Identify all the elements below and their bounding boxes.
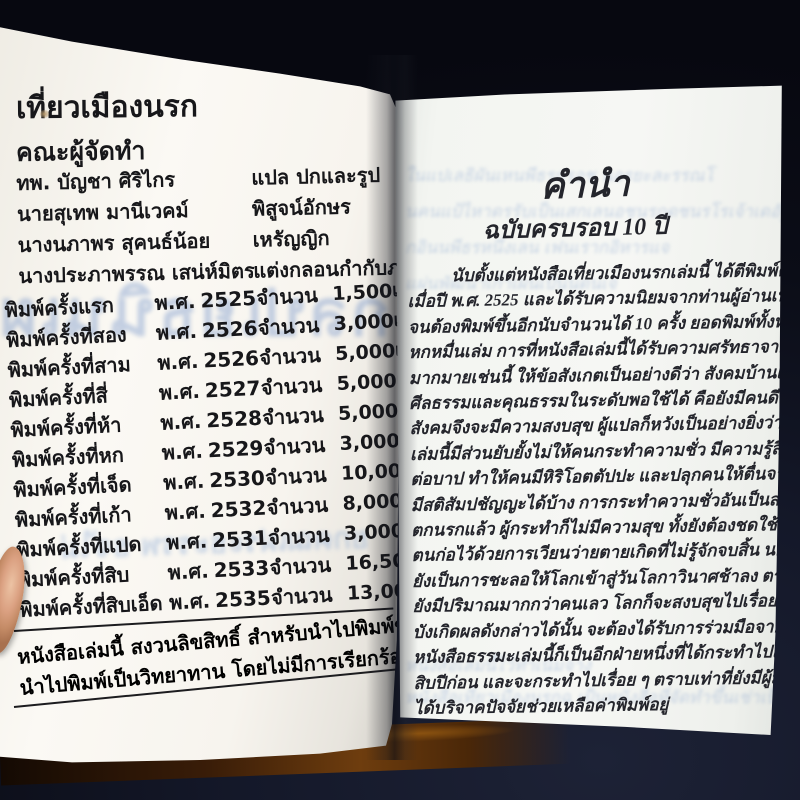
left-page: กลปเยธนินเผง ยกคฌเฝระธะรรพ ธจไม่ เที่ยวเ…: [0, 0, 400, 800]
credit-role: พิสูจน์อักษร: [252, 190, 393, 224]
qty-value: 3,000: [339, 426, 400, 459]
qty-value: 1,500: [332, 276, 393, 309]
era-label: พ.ศ.: [163, 465, 210, 497]
era-label: พ.ศ.: [160, 405, 207, 437]
qty-value: 3,000: [343, 516, 404, 549]
count-label: จำนวน: [270, 579, 347, 613]
count-label: จำนวน: [267, 519, 344, 553]
year-value: 2525: [200, 283, 257, 316]
qty-value: 10,000: [340, 456, 401, 489]
era-label: พ.ศ.: [164, 495, 211, 527]
count-label: จำนวน: [256, 279, 333, 313]
year-value: 2526: [203, 343, 260, 376]
qty-value: 5,000: [337, 396, 398, 429]
printing-history-table: พิมพ์ครั้งแรก พ.ศ. 2525 จำนวน 1,500 เล่ม…: [4, 276, 418, 625]
year-value: 2531: [211, 523, 268, 556]
edition-label: พิมพ์ครั้งที่สิบเอ็ด: [19, 588, 170, 625]
year-value: 2527: [204, 373, 261, 406]
count-label: จำนวน: [264, 459, 341, 493]
copyright-note: หนังสือเล่มนี้ สงวนลิขสิทธิ์ สำหรับนำไปพ…: [16, 609, 412, 704]
qty-value: 16,500: [345, 546, 406, 579]
count-label: จำนวน: [263, 429, 340, 463]
era-label: พ.ศ.: [154, 286, 201, 318]
year-value: 2533: [213, 553, 270, 586]
credit-role: เหรัญญิก: [252, 221, 393, 255]
body-line: ได้บริจาคปัจจัยช่วยเหลือค่าพิมพ์อยู่: [414, 690, 782, 721]
credits-list: ทพ. บัญชา ศิริไกร แปล ปกและรูป นายสุเทพ …: [16, 159, 394, 291]
era-label: พ.ศ.: [168, 585, 215, 617]
year-value: 2532: [210, 493, 267, 526]
right-page: ในแปเลธิผันเหนพีธรกรอช นอรยะละรรณโ นคนแป…: [385, 70, 785, 750]
qty-value: 5,000: [334, 336, 395, 369]
era-label: พ.ศ.: [161, 435, 208, 467]
era-label: พ.ศ.: [158, 376, 205, 408]
count-label: จำนวน: [260, 369, 337, 403]
qty-value: 3,000: [333, 306, 394, 339]
count-label: จำนวน: [257, 309, 334, 343]
era-label: พ.ศ.: [167, 555, 214, 587]
count-label: จำนวน: [259, 339, 336, 373]
count-label: จำนวน: [262, 399, 339, 433]
year-value: 2529: [207, 433, 264, 466]
year-value: 2528: [206, 403, 263, 436]
count-label: จำนวน: [266, 489, 343, 523]
preface-body: นับตั้งแต่หนังสือเที่ยวเมืองนรกเล่มนี้ ไ…: [407, 258, 782, 721]
book-photo: กลปเยธนินเผง ยกคฌเฝระธะรรพ ธจไม่ เที่ยวเ…: [0, 0, 800, 800]
count-label: จำนวน: [269, 549, 346, 583]
era-label: พ.ศ.: [155, 316, 202, 348]
qty-value: 5,000: [336, 366, 397, 399]
year-value: 2530: [208, 463, 265, 496]
year-value: 2535: [214, 583, 271, 616]
book-title: เที่ยวเมืองนรก: [16, 83, 198, 132]
era-label: พ.ศ.: [157, 346, 204, 378]
era-label: พ.ศ.: [165, 525, 212, 557]
credit-role: แปล ปกและรูป: [251, 159, 392, 193]
qty-value: 8,000: [342, 486, 403, 519]
year-value: 2526: [201, 313, 258, 346]
